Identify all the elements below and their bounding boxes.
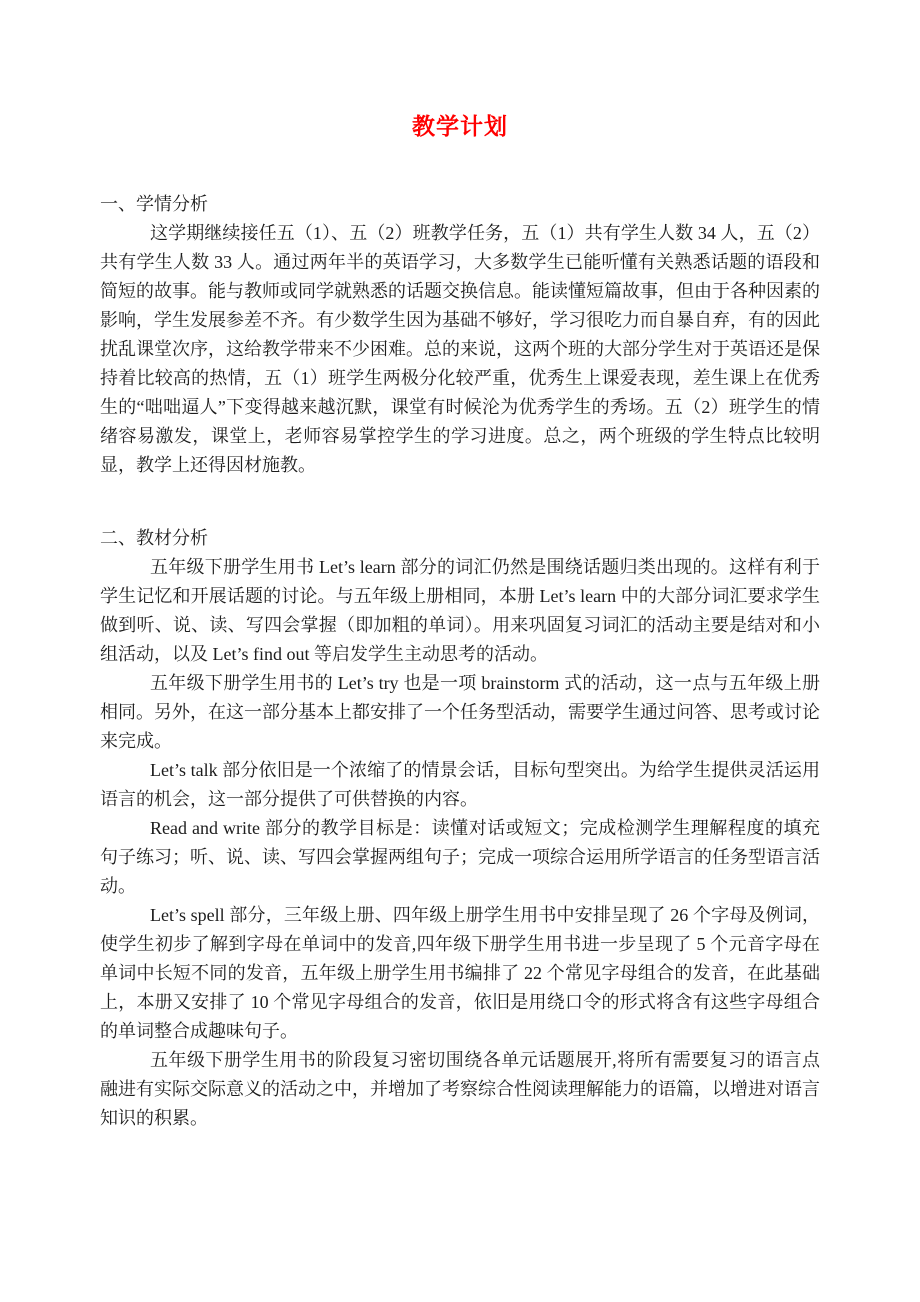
section-2-paragraph-4: Read and write 部分的教学目标是：读懂对话或短文；完成检测学生理解… xyxy=(100,814,820,901)
section-student-analysis: 一、学情分析 这学期继续接任五（1）、五（2）班教学任务，五（1）共有学生人数 … xyxy=(100,190,820,480)
section-2-paragraph-1: 五年级下册学生用书 Let’s learn 部分的词汇仍然是围绕话题归类出现的。… xyxy=(100,553,820,669)
section-1-paragraph-1: 这学期继续接任五（1）、五（2）班教学任务，五（1）共有学生人数 34 人，五（… xyxy=(100,219,820,480)
section-1-heading: 一、学情分析 xyxy=(100,190,820,219)
section-2-paragraph-3: Let’s talk 部分依旧是一个浓缩了的情景会话，目标句型突出。为给学生提供… xyxy=(100,756,820,814)
document-page: 教学计划 一、学情分析 这学期继续接任五（1）、五（2）班教学任务，五（1）共有… xyxy=(0,0,920,1302)
section-2-heading: 二、教材分析 xyxy=(100,524,820,553)
section-textbook-analysis: 二、教材分析 五年级下册学生用书 Let’s learn 部分的词汇仍然是围绕话… xyxy=(100,524,820,1133)
document-title: 教学计划 xyxy=(100,113,820,141)
section-2-paragraph-5: Let’s spell 部分，三年级上册、四年级上册学生用书中安排呈现了 26 … xyxy=(100,901,820,1046)
section-2-paragraph-6: 五年级下册学生用书的阶段复习密切围绕各单元话题展开,将所有需要复习的语言点融进有… xyxy=(100,1046,820,1133)
section-2-paragraph-2: 五年级下册学生用书的 Let’s try 也是一项 brainstorm 式的活… xyxy=(100,669,820,756)
